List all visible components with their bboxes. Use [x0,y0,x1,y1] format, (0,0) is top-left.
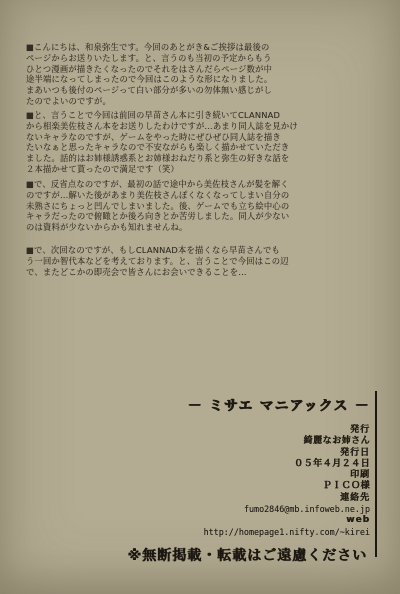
colophon-block: 発行 綺麗なお姉さん 発行日 ０５年４月２４日 印刷 ＰＩＣＯ様 連絡先 fum… [204,425,370,538]
colophon-label-web: web [204,515,370,526]
colophon-label-publish-date: 発行日 [204,448,370,459]
colophon-value-publish-date: ０５年４月２４日 [204,459,370,470]
afterword-paragraph-1: ■こんにちは、和泉弥生です。今回のあとがき&ご挨拶は最後の ページからお送りいた… [26,42,272,107]
colophon-vertical-rule [375,391,377,557]
afterword-paragraph-4: ■で、次回なのですが、もしCLANNAD本を描くなら早苗さんでも う一回か智代本… [26,245,289,277]
colophon-value-email: fumo2846@mb.infoweb.ne.jp [204,504,370,515]
colophon-value-url: http://homepage1.nifty.com/~kirei [204,527,370,538]
scanned-afterword-page: ■こんにちは、和泉弥生です。今回のあとがき&ご挨拶は最後の ページからお送りいた… [0,0,400,594]
no-reproduction-notice: ※無断掲載・転載はご遠慮ください [127,545,367,565]
colophon-label-contact: 連絡先 [204,493,370,504]
colophon-value-publisher: 綺麗なお姉さん [204,436,370,447]
afterword-paragraph-2: ■と、言うことで今回は前回の早苗さん本に引き続いてCLANNAD から相楽美佐枝… [26,110,298,175]
doujin-title: － ミサエ マニアックス － [188,394,370,414]
colophon-label-publisher: 発行 [204,425,370,436]
afterword-paragraph-3: ■で、反省点なのですが、最初の話で途中から美佐枝さんが髪を解く のですが…解いた… [26,179,289,233]
colophon-value-printer: ＰＩＣＯ様 [204,481,370,492]
colophon-label-printer: 印刷 [204,470,370,481]
